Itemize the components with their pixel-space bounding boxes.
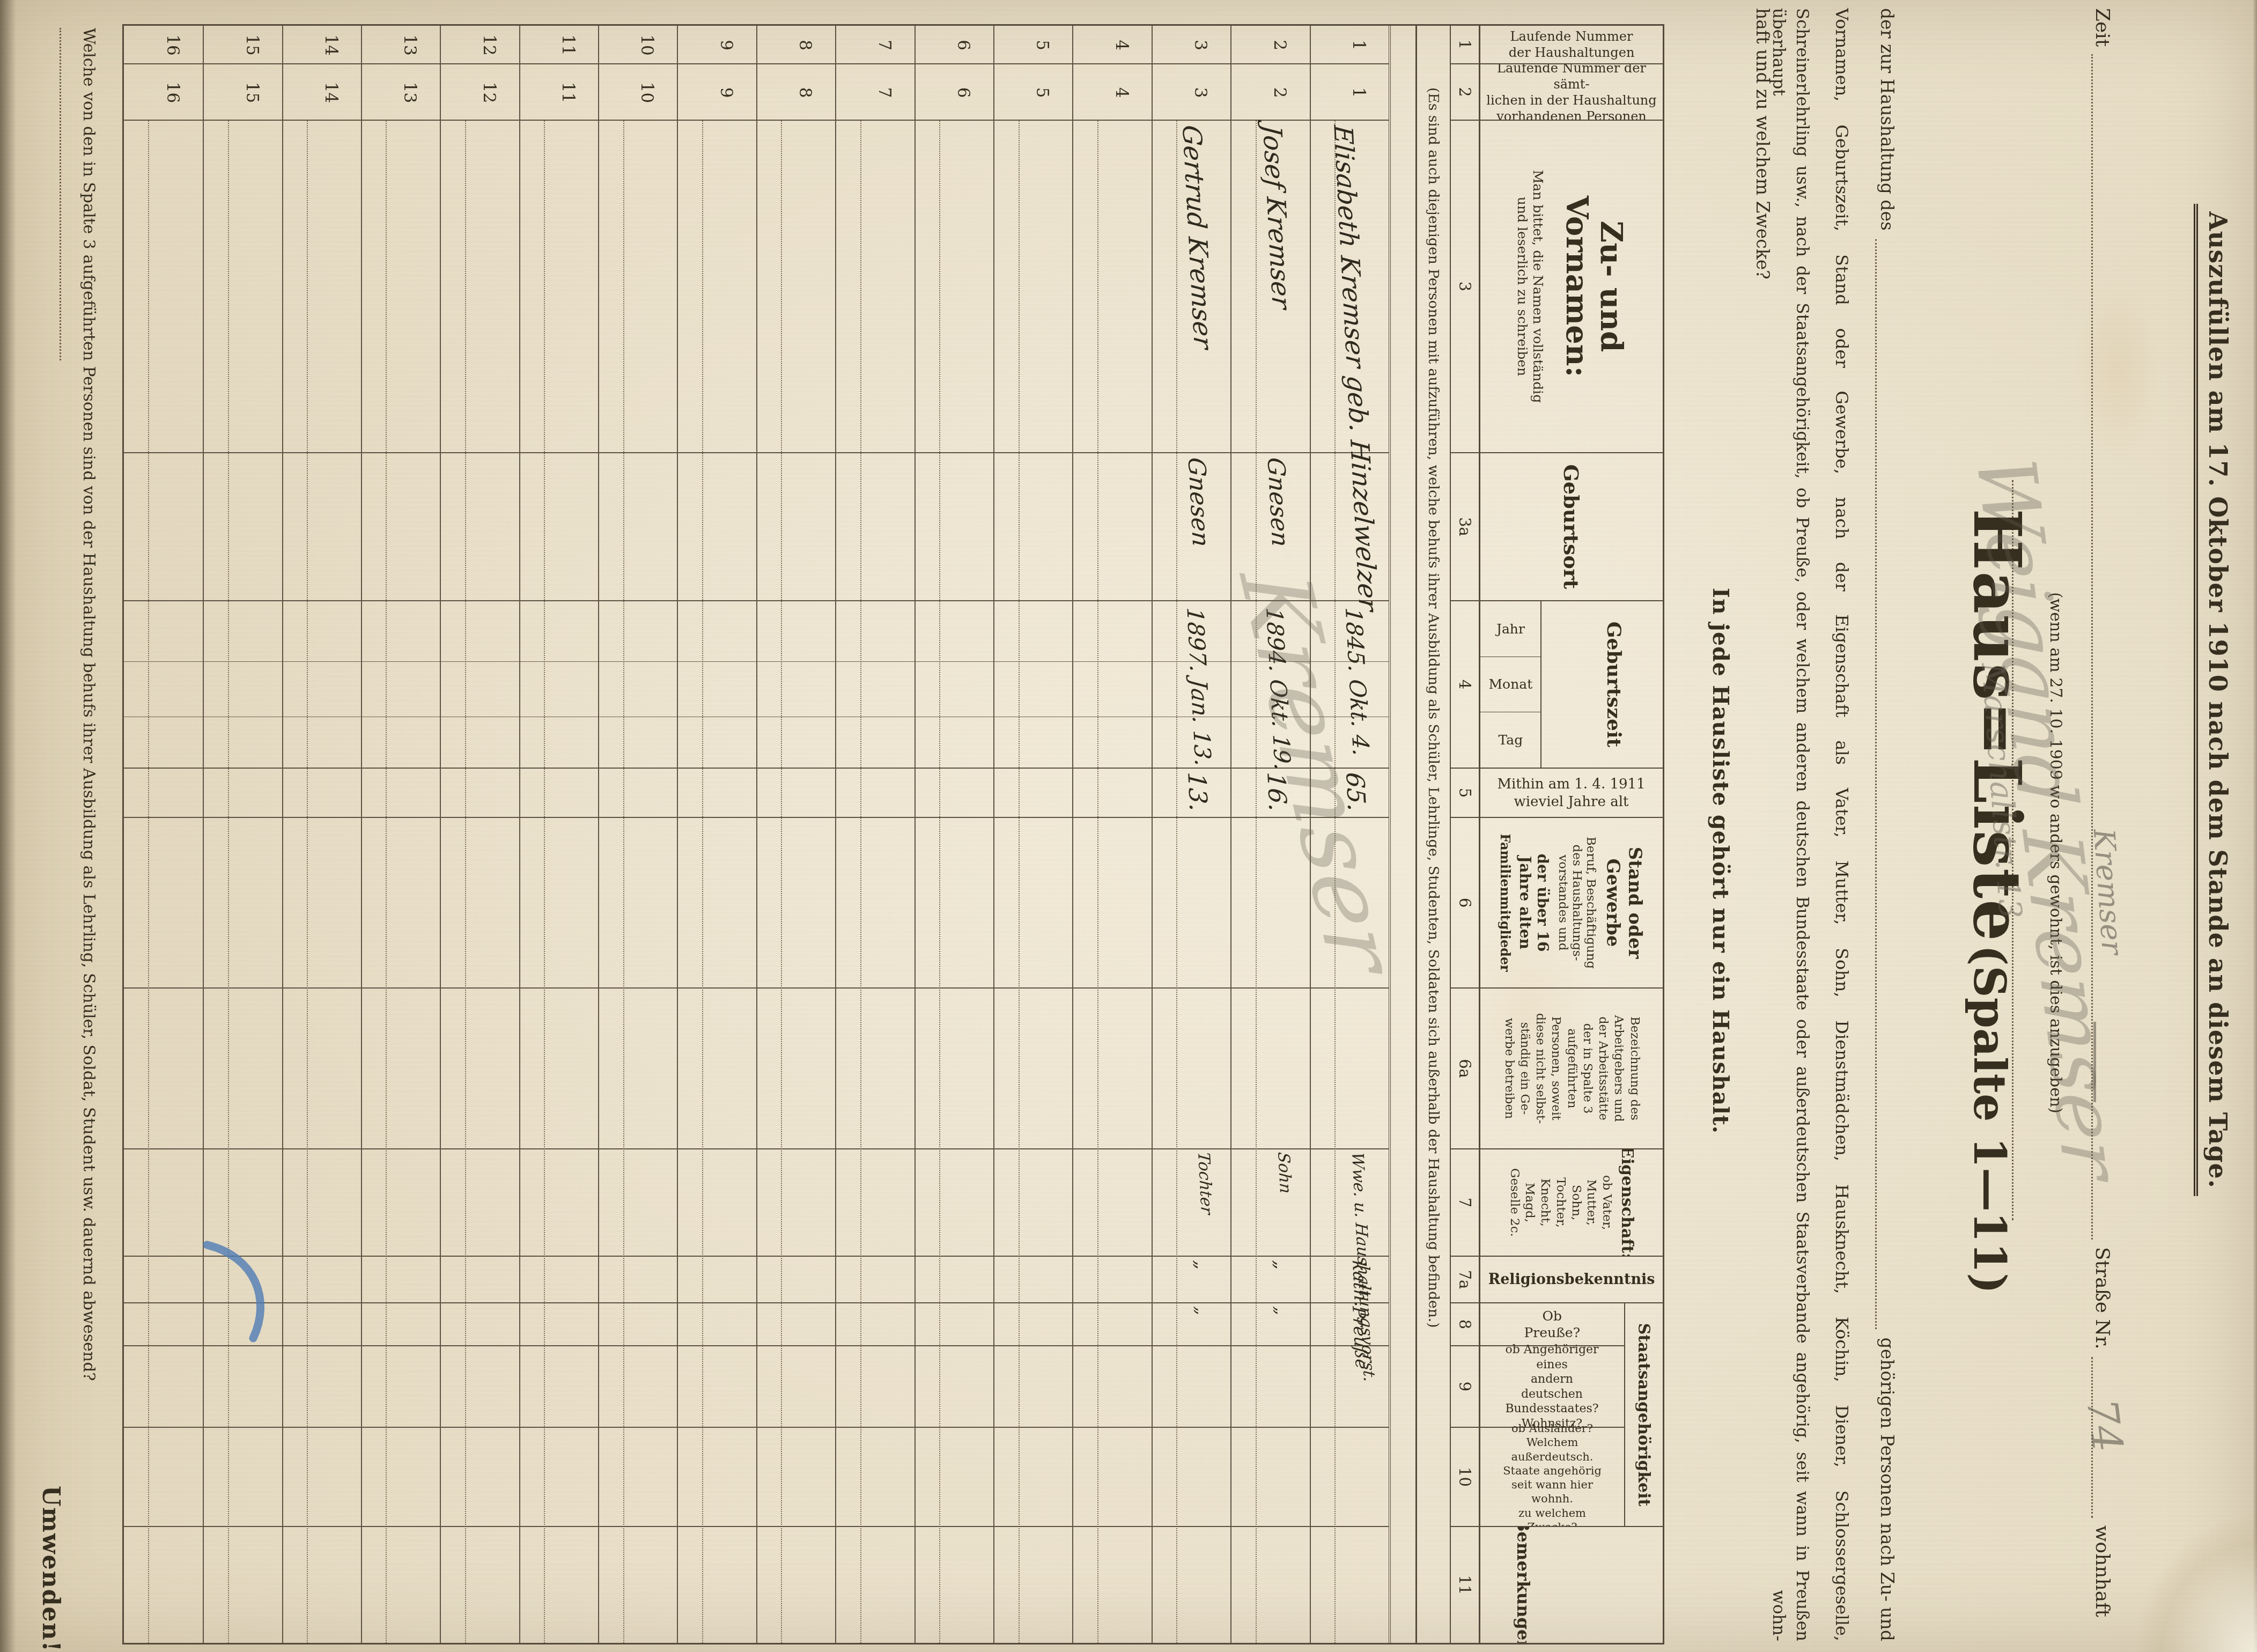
row-guide-line — [1097, 121, 1098, 1643]
column-separator — [283, 1148, 361, 1149]
date-subcolumn-separator — [124, 717, 203, 717]
person-number: 5 — [1032, 64, 1052, 121]
column-separator — [1073, 1148, 1151, 1149]
column-number-9: 9 — [1451, 1346, 1479, 1428]
handwritten-rel-row1: kath. — [1348, 1260, 1372, 1308]
column-separator — [362, 1256, 440, 1257]
column-separator — [204, 1148, 282, 1149]
column-separator — [1311, 63, 1389, 64]
column-separator — [757, 1302, 835, 1303]
row-guide-line — [307, 121, 308, 1643]
header-col3-zu-und-vornamen: Zu- und Vornamen: Man bittet, die Namen … — [1480, 121, 1663, 453]
column-separator — [836, 1345, 914, 1346]
column-separator — [1153, 452, 1230, 453]
column-separator — [836, 120, 914, 121]
header-col11-text: Bemerkungen — [1513, 1527, 1533, 1643]
column-separator — [1073, 1345, 1151, 1346]
column-separator — [599, 1148, 677, 1149]
person-number: 4 — [1112, 64, 1131, 121]
table-row-3: 33Gertrud KremserGnesen1897. Jan. 13.13.… — [1152, 26, 1230, 1643]
column-separator — [204, 600, 282, 601]
household-number: 3 — [1191, 26, 1210, 64]
column-separator — [1153, 817, 1230, 818]
column-separator — [994, 120, 1072, 121]
date-subcolumn-separator — [599, 661, 677, 662]
column-separator — [994, 1526, 1072, 1527]
header-col2-laufende-nummer-personen: Laufende Nummer der sämt- lichen in der … — [1480, 64, 1663, 121]
header-col6-title: Stand oder Gewerbe — [1602, 847, 1646, 959]
column-separator — [441, 817, 519, 818]
column-separator — [283, 63, 361, 64]
person-number: 16 — [163, 64, 182, 121]
scanned-census-form-canvas: Auszufüllen am 17. Oktober 1910 nach dem… — [0, 0, 2257, 1652]
header-col8-ob-preusse: Ob Preuße? — [1480, 1303, 1624, 1346]
column-separator — [362, 817, 440, 818]
column-separator — [283, 987, 361, 989]
date-subcolumn-separator — [1073, 717, 1151, 717]
column-separator — [1311, 1256, 1389, 1257]
handwritten-ort-row3: Gnesen — [1183, 456, 1215, 548]
column-separator — [520, 1345, 598, 1346]
column-separator — [362, 600, 440, 601]
column-separator — [124, 1345, 203, 1346]
column-separator — [362, 1302, 440, 1303]
header-col7a-religionsbekenntnis: Religionsbekenntnis — [1480, 1257, 1663, 1303]
household-number: 4 — [1112, 26, 1131, 64]
household-number: 5 — [1032, 26, 1052, 64]
column-separator — [678, 1302, 756, 1303]
column-separator — [520, 987, 598, 989]
column-separator — [520, 817, 598, 818]
column-separator — [836, 768, 914, 769]
column-number-3a: 3a — [1451, 453, 1479, 601]
date-subcolumn-separator — [916, 717, 993, 717]
column-separator — [678, 1256, 756, 1257]
column-separator — [757, 1256, 835, 1257]
date-subcolumn-separator — [362, 717, 440, 717]
table-row-6: 66 — [914, 26, 993, 1643]
table-row-15: 1515 — [203, 26, 282, 1643]
column-number-6: 6 — [1451, 818, 1479, 989]
column-separator — [520, 600, 598, 601]
row-guide-line — [702, 121, 703, 1643]
person-number: 3 — [1191, 64, 1210, 121]
header-col3-title: Zu- und Vornamen: — [1560, 196, 1629, 377]
column-separator — [757, 452, 835, 453]
column-separator — [1231, 63, 1309, 64]
column-separator — [124, 768, 203, 769]
household-number: 6 — [954, 26, 973, 64]
column-separator — [836, 1148, 914, 1149]
column-separator — [283, 1526, 361, 1527]
column-separator — [1153, 600, 1230, 601]
monat-label: Monat — [1488, 676, 1532, 692]
column-separator — [520, 1256, 598, 1257]
column-separator — [916, 63, 993, 64]
column-separator — [204, 768, 282, 769]
column-number-strip: 1233a4566a77a891011 — [1450, 26, 1479, 1643]
header-col1-text: Laufende Nummer der Haushaltungen — [1486, 28, 1657, 61]
column-separator — [916, 1302, 993, 1303]
column-separator — [599, 452, 677, 453]
paper-corner-curl — [2134, 1513, 2257, 1652]
column-separator — [1231, 1302, 1309, 1303]
person-number: 7 — [875, 64, 894, 121]
table-row-9: 99 — [677, 26, 756, 1643]
household-name-fill-line — [1875, 239, 1894, 1329]
column-separator — [678, 120, 756, 121]
header-col10-text: ob Ausländer? Welchem außerdeutsch. Staa… — [1503, 1421, 1602, 1528]
row-guide-line — [623, 121, 624, 1643]
column-separator — [1073, 1256, 1151, 1257]
column-separator — [204, 120, 282, 121]
footer-question: Welche von den in Spalte 3 aufgeführten … — [53, 28, 100, 1573]
column-separator — [599, 600, 677, 601]
column-separator — [1153, 1302, 1230, 1303]
column-separator — [204, 452, 282, 453]
column-number-4: 4 — [1451, 601, 1479, 769]
household-number: 15 — [242, 26, 262, 64]
column-separator — [1231, 1427, 1309, 1428]
column-separator — [362, 1427, 440, 1428]
deadline-heading: Auszufüllen am 17. Oktober 1910 nach dem… — [2194, 97, 2232, 1303]
column-separator — [836, 1427, 914, 1428]
column-separator — [994, 987, 1072, 989]
column-separator — [283, 1345, 361, 1346]
column-separator — [441, 768, 519, 769]
column-separator — [520, 1526, 598, 1527]
column-separator — [678, 1148, 756, 1149]
column-separator — [124, 1148, 203, 1149]
handwritten-eig-row2: Sohn — [1273, 1152, 1294, 1194]
header-monat-cell: Monat — [1480, 657, 1540, 713]
staatsangehoerigkeit-label: Staatsangehörigkeit — [1624, 1303, 1663, 1526]
header-col3a-text: Geburtsort — [1560, 464, 1584, 589]
row-guide-line — [1256, 121, 1257, 1643]
table-row-10: 1010 — [598, 26, 677, 1643]
person-number: 2 — [1270, 64, 1289, 121]
column-separator — [1073, 1302, 1151, 1303]
column-separator — [1231, 1148, 1309, 1149]
column-separator — [678, 600, 756, 601]
column-number-5: 5 — [1451, 769, 1479, 818]
column-number-10: 10 — [1451, 1428, 1479, 1527]
column-number-1: 1 — [1451, 26, 1479, 64]
one-household-rule: In jede Hausliste gehört nur ein Haushal… — [1708, 161, 1734, 1561]
column-separator — [441, 987, 519, 989]
column-separator — [599, 120, 677, 121]
column-separator — [520, 1427, 598, 1428]
column-separator — [362, 987, 440, 989]
footer-question-text: Welche von den in Spalte 3 aufgeführten … — [79, 28, 98, 1381]
table-gap-band — [1389, 26, 1415, 1643]
column-separator — [757, 1345, 835, 1346]
column-separator — [916, 1148, 993, 1149]
column-separator — [916, 987, 993, 989]
column-separator — [1073, 1526, 1151, 1527]
column-separator — [204, 63, 282, 64]
column-separator — [1073, 1427, 1151, 1428]
header-col9-bundesstaat: ob Angehöriger eines andern deutschen Bu… — [1480, 1346, 1624, 1428]
table-row-13: 1313 — [361, 26, 440, 1643]
table-row-8: 88 — [756, 26, 835, 1643]
header-col7-eigenschaft: Eigenschaft: ob Vater, Mutter, Sohn, Toc… — [1480, 1149, 1663, 1257]
column-separator — [283, 1256, 361, 1257]
handwritten-eig-row3: Tochter — [1194, 1152, 1216, 1215]
column-separator — [599, 63, 677, 64]
column-separator — [1311, 1427, 1389, 1428]
person-number: 11 — [558, 64, 578, 121]
date-subcolumn-separator — [520, 717, 598, 717]
paper-stain — [2075, 279, 2160, 461]
column-separator — [757, 1148, 835, 1149]
header-tag-cell: Tag — [1480, 712, 1540, 768]
column-separator — [994, 1345, 1072, 1346]
column-separator — [994, 1427, 1072, 1428]
table-header-row: Laufende Nummer der Haushaltungen Laufen… — [1479, 26, 1663, 1643]
header-col5-text: Mithin am 1. 4. 1911 wieviel Jahre alt — [1483, 776, 1660, 810]
column-separator — [520, 1302, 598, 1303]
column-separator — [916, 452, 993, 453]
row-guide-line — [860, 121, 861, 1643]
column-separator — [757, 600, 835, 601]
header-col7a-text: Religionsbekenntnis — [1483, 1271, 1660, 1289]
column-separator — [204, 817, 282, 818]
column-separator — [1311, 987, 1389, 989]
column-separator — [599, 987, 677, 989]
household-number: 8 — [795, 26, 815, 64]
date-subcolumn-separator — [757, 661, 835, 662]
person-number: 13 — [400, 64, 419, 121]
date-subcolumn-separator — [124, 661, 203, 662]
column-separator — [362, 768, 440, 769]
date-subcolumn-separator — [599, 717, 677, 717]
column-separator — [836, 817, 914, 818]
date-subcolumn-separator — [283, 717, 361, 717]
zeit-label: Zeit — [2091, 8, 2113, 47]
column-separator — [520, 63, 598, 64]
column-separator — [757, 63, 835, 64]
column-separator — [599, 1526, 677, 1527]
table-row-12: 1212 — [440, 26, 519, 1643]
column-separator — [362, 1526, 440, 1527]
household-number: 13 — [400, 26, 419, 64]
date-subcolumn-separator — [441, 717, 519, 717]
header-col7-title: Eigenschaft: — [1618, 1149, 1636, 1257]
paragraph-line-1: der zur Haushaltung des gehörigen Person… — [1875, 8, 1899, 1641]
row-guide-line — [781, 121, 782, 1643]
table-body: Kremser 11Elisabeth Kremser geb. Hinzelw… — [124, 26, 1389, 1643]
column-separator — [441, 1256, 519, 1257]
column-separator — [678, 817, 756, 818]
table-row-5: 55 — [993, 26, 1072, 1643]
column-separator — [441, 1526, 519, 1527]
header-col8-text: Ob Preuße? — [1524, 1308, 1581, 1341]
person-number: 15 — [242, 64, 262, 121]
person-number: 10 — [637, 64, 657, 121]
date-subcolumn-separator — [520, 661, 598, 662]
row-guide-line — [386, 121, 387, 1643]
column-separator — [124, 120, 203, 121]
date-subcolumn-separator — [362, 661, 440, 662]
column-separator — [1073, 600, 1151, 601]
deadline-text: Auszufüllen am 17. Oktober 1910 nach dem… — [2194, 204, 2232, 1196]
column-separator — [757, 1427, 835, 1428]
header-col6-sub2: der über 16 Jahre alten — [1516, 853, 1552, 952]
row-guide-line — [148, 121, 149, 1643]
column-separator — [1153, 63, 1230, 64]
header-col3-subtext: Man bittet, die Namen vollständig und le… — [1515, 170, 1546, 403]
column-separator — [836, 452, 914, 453]
column-separator — [124, 452, 203, 453]
handwritten-geb-row3: 1897. Jan. 13. — [1182, 607, 1216, 767]
header-col6a-text: Bezeichnung des Arbeitgebers und der Arb… — [1501, 1013, 1642, 1124]
header-col4-title: Geburtszeit — [1603, 622, 1625, 748]
column-separator — [441, 1427, 519, 1428]
header-col4-subcells: Jahr Monat Tag — [1480, 601, 1541, 768]
column-separator — [678, 452, 756, 453]
column-separator — [1231, 452, 1309, 453]
header-col1-laufende-nummer-haushaltungen: Laufende Nummer der Haushaltungen — [1480, 26, 1663, 64]
header-col7-subtext: ob Vater, Mutter, Sohn, Tochter, Knecht,… — [1507, 1168, 1614, 1237]
row-guide-line — [1176, 121, 1177, 1643]
column-separator — [362, 1345, 440, 1346]
row-guide-line — [544, 121, 545, 1643]
column-separator — [1311, 120, 1389, 121]
table-row-16: 1616 — [124, 26, 203, 1643]
household-number: 1 — [1349, 26, 1368, 64]
column-separator — [124, 63, 203, 64]
household-number: 7 — [875, 26, 894, 64]
date-subcolumn-separator — [1073, 661, 1151, 662]
person-number: 1 — [1349, 64, 1368, 121]
column-separator — [441, 1345, 519, 1346]
column-separator — [441, 120, 519, 121]
header-col6a-arbeitgeber: Bezeichnung des Arbeitgebers und der Arb… — [1480, 989, 1663, 1149]
column-separator — [283, 768, 361, 769]
column-separator — [678, 63, 756, 64]
column-separator — [916, 1427, 993, 1428]
column-separator — [1231, 1526, 1309, 1527]
table-row-14: 1414 — [282, 26, 361, 1643]
date-subcolumn-separator — [757, 717, 835, 717]
column-separator — [757, 1526, 835, 1527]
column-separator — [599, 768, 677, 769]
column-separator — [994, 768, 1072, 769]
column-separator — [916, 1345, 993, 1346]
column-separator — [1073, 987, 1151, 989]
date-subcolumn-separator — [836, 717, 914, 717]
person-number: 14 — [321, 64, 341, 121]
row-guide-line — [465, 121, 466, 1643]
column-number-8: 8 — [1451, 1303, 1479, 1346]
column-separator — [362, 1148, 440, 1149]
column-separator — [994, 63, 1072, 64]
handwritten-name-row2: Josef Kremser — [1256, 124, 1296, 309]
header-col6-sub1: Beruf, Beschäftigung des Haushaltungs- v… — [1556, 837, 1598, 969]
row-guide-line — [1019, 121, 1020, 1643]
column-separator — [994, 452, 1072, 453]
column-number-7: 7 — [1451, 1149, 1479, 1257]
header-col9-text: ob Angehöriger eines andern deutschen Bu… — [1506, 1343, 1599, 1431]
column-separator — [757, 987, 835, 989]
header-col6-sub3: Familienmitglieder — [1498, 834, 1513, 971]
column-separator — [124, 817, 203, 818]
blue-crayon-mark — [195, 1235, 276, 1348]
handwritten-rel-row3: „ — [1191, 1260, 1213, 1271]
column-separator — [124, 1302, 203, 1303]
column-separator — [1073, 768, 1151, 769]
column-separator — [520, 452, 598, 453]
footer-fill-line — [60, 28, 77, 360]
column-separator — [599, 1427, 677, 1428]
column-number-11: 11 — [1451, 1527, 1479, 1643]
column-separator — [599, 1256, 677, 1257]
column-separator — [283, 600, 361, 601]
column-separator — [441, 452, 519, 453]
handwritten-alter-row3: 13. — [1182, 771, 1213, 813]
row-guide-line — [228, 121, 229, 1643]
column-separator — [678, 768, 756, 769]
date-subcolumn-separator — [283, 661, 361, 662]
column-separator — [1153, 1256, 1230, 1257]
column-separator — [204, 987, 282, 989]
column-separator — [1153, 120, 1230, 121]
date-subcolumn-separator — [836, 661, 914, 662]
column-separator — [1153, 987, 1230, 989]
column-separator — [836, 1526, 914, 1527]
column-separator — [836, 63, 914, 64]
date-subcolumn-separator — [994, 661, 1072, 662]
column-separator — [994, 1256, 1072, 1257]
column-separator — [916, 1256, 993, 1257]
column-separator — [1231, 1345, 1309, 1346]
column-separator — [678, 1345, 756, 1346]
date-subcolumn-separator — [916, 661, 993, 662]
paragraph-line-1-post: gehörigen Personen nach Zu- und — [1875, 1338, 1899, 1641]
column-separator — [916, 120, 993, 121]
paragraph-line-2: Vornamen, Geburtszeit, Stand oder Gewerb… — [1830, 8, 1854, 1641]
handwritten-ort-row2: Gnesen — [1262, 456, 1294, 548]
column-separator — [916, 768, 993, 769]
column-separator — [599, 817, 677, 818]
column-separator — [678, 1526, 756, 1527]
column-separator — [1073, 120, 1151, 121]
column-separator — [204, 1526, 282, 1527]
column-separator — [283, 120, 361, 121]
column-separator — [757, 768, 835, 769]
column-separator — [836, 1256, 914, 1257]
handwritten-pr-row1: Preuße — [1348, 1306, 1372, 1370]
header-col6-stand-oder-gewerbe: Stand oder Gewerbe Beruf, Beschäftigung … — [1480, 818, 1663, 989]
date-subcolumn-separator — [204, 661, 282, 662]
household-number: 2 — [1270, 26, 1289, 64]
column-separator — [678, 1427, 756, 1428]
column-separator — [994, 817, 1072, 818]
column-separator — [1153, 1345, 1230, 1346]
column-separator — [124, 600, 203, 601]
handwritten-rel-row2: „ — [1270, 1260, 1292, 1271]
date-subcolumn-separator — [441, 661, 519, 662]
column-separator — [124, 1427, 203, 1428]
column-separator — [1231, 987, 1309, 989]
column-separator — [283, 1302, 361, 1303]
date-subcolumn-separator — [678, 661, 756, 662]
column-separator — [124, 1256, 203, 1257]
handwritten-street-number: 74 — [2077, 1396, 2131, 1455]
column-number-6a: 6a — [1451, 989, 1479, 1149]
column-separator — [1311, 1345, 1389, 1346]
